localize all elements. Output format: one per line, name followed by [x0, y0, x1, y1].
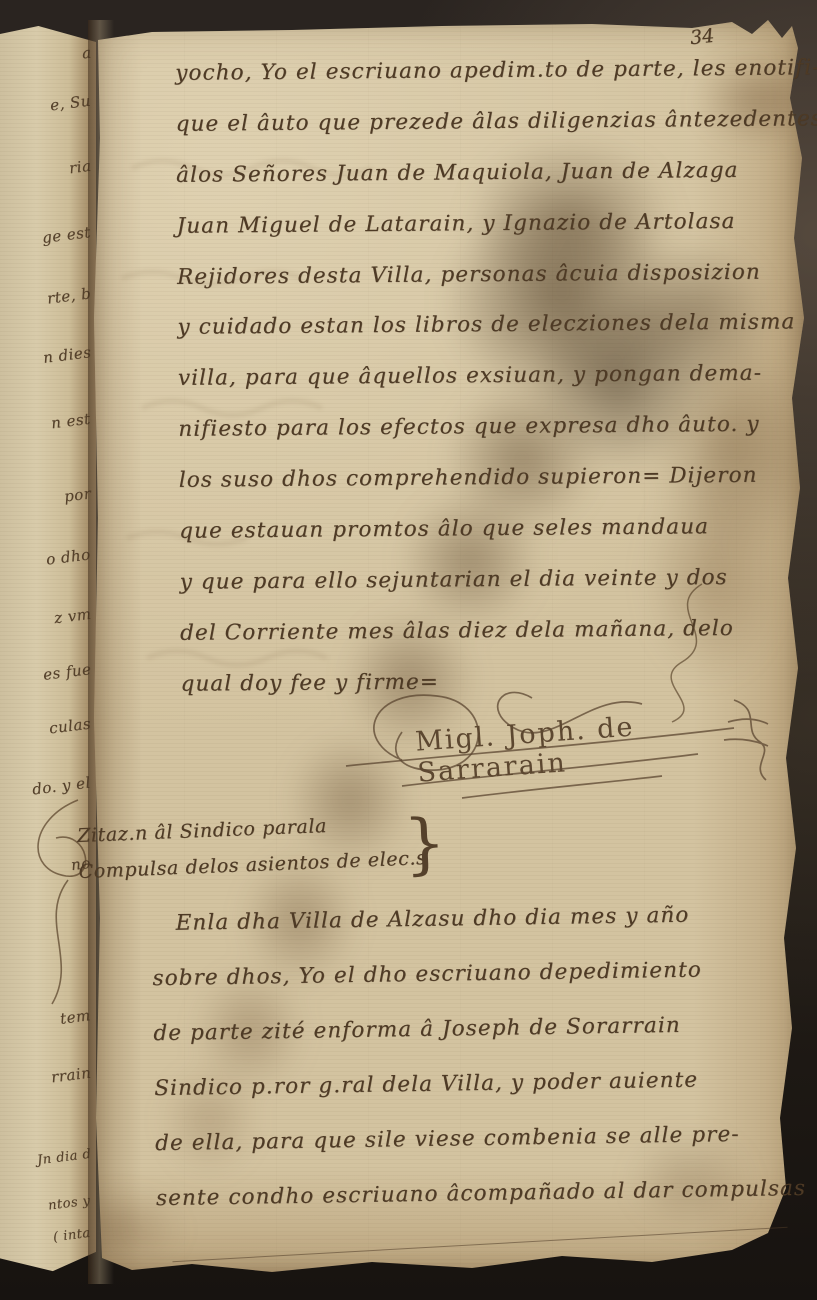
text-line: villa, para que âquellos exsiuan, y pong… [178, 361, 817, 418]
facing-page-edge: a e, Su ria ge est rte, b n dies n est p… [0, 0, 96, 1284]
text-line: de ella, para que sile viese combenia se… [155, 1121, 808, 1186]
body-paragraph-2: Enla dha Villa de Alzasu dho dia mes y a… [151, 901, 808, 1241]
manuscript-page: 34 yocho, Yo el escriuano apedim.to de p… [92, 18, 808, 1280]
margin-brace: } [402, 804, 447, 883]
text-line: Rejidores desta Villa, personas âcuia di… [177, 259, 817, 316]
text-line: los suso dhos comprehendido supieron= Di… [179, 462, 817, 519]
text-line: que estauan promtos âlo que seles mandau… [179, 513, 817, 570]
notary-signature: Migl. Joph. de Sarrarain [342, 670, 782, 810]
facing-text-fragment: por [63, 484, 92, 505]
text-line: que el âuto que prezede âlas diligenzias… [176, 106, 817, 163]
facing-text-fragment: a [80, 43, 92, 62]
text-line: Juan Miguel de Latarain, y Ignazio de Ar… [176, 208, 817, 265]
text-line: sobre dhos, Yo el dho escriuano depedimi… [152, 956, 805, 1021]
margin-heading: Zitaz.n âl Sindico parala Compulsa delos… [77, 811, 428, 897]
text-line: yocho, Yo el escriuano apedim.to de part… [175, 55, 817, 112]
facing-text-fragment: ria [68, 157, 92, 178]
text-line: nifiesto para los efectos que expresa dh… [178, 411, 817, 468]
text-line: Sindico p.ror g.ral dela Villa, y poder … [154, 1066, 807, 1131]
text-line: âlos Señores Juan de Maquiola, Juan de A… [176, 157, 817, 214]
manuscript-scan: a e, Su ria ge est rte, b n dies n est p… [0, 0, 817, 1300]
text-line: de parte zité enforma â Joseph de Sorarr… [153, 1011, 806, 1076]
folio-number: 34 [689, 25, 715, 49]
paper-texture [0, 0, 96, 1284]
text-line: Enla dha Villa de Alzasu dho dia mes y a… [151, 901, 804, 966]
text-line: y cuidado estan los libros de elecziones… [177, 310, 817, 367]
